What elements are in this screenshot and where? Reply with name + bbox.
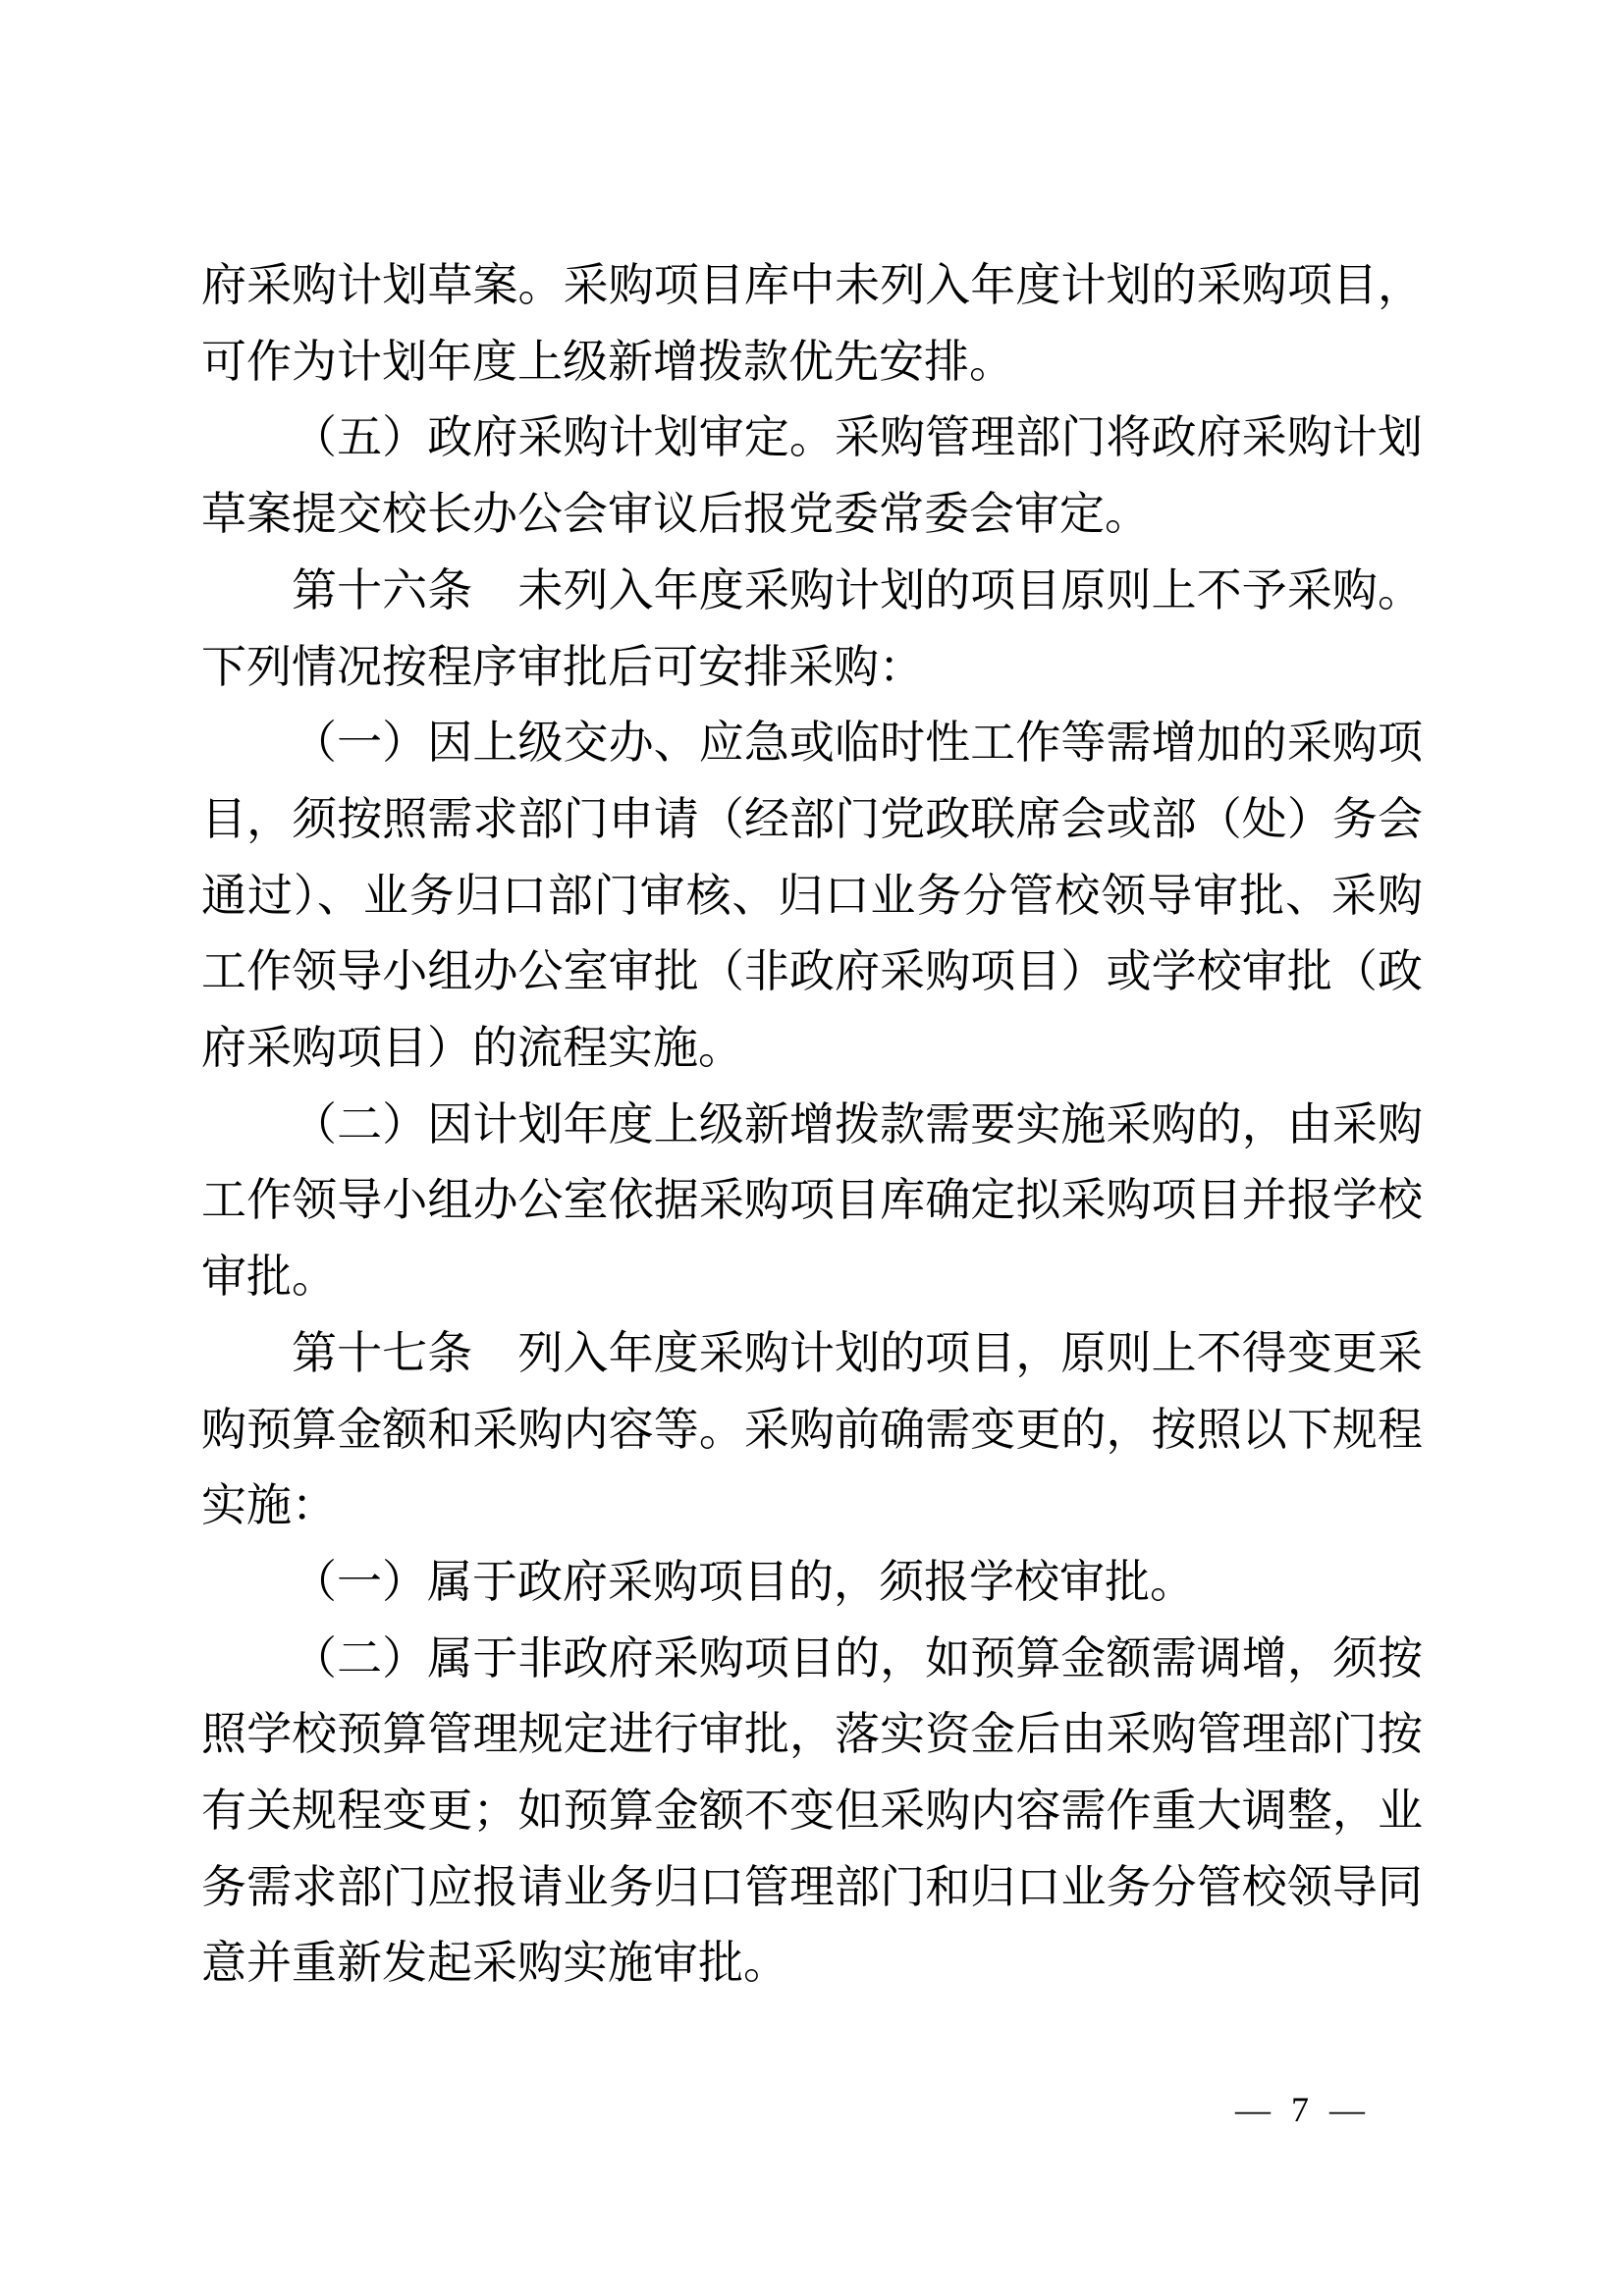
page-number: — 7 — [1235,2089,1371,2130]
paragraph: （一）因上级交办、应急或临时性工作等需增加的采购项目，须按照需求部门申请（经部门… [201,705,1423,1087]
document-body: 府采购计划草案。采购项目库中未列入年度计划的采购项目，可作为计划年度上级新增拨款… [201,247,1423,2002]
paragraph: （五）政府采购计划审定。采购管理部门将政府采购计划草案提交校长办公会审议后报党委… [201,400,1423,552]
paragraph: 第十六条 未列入年度采购计划的项目原则上不予采购。下列情况按程序审批后可安排采购… [201,553,1423,705]
paragraph: 府采购计划草案。采购项目库中未列入年度计划的采购项目，可作为计划年度上级新增拨款… [201,247,1423,400]
paragraph: 第十七条 列入年度采购计划的项目，原则上不得变更采购预算金额和采购内容等。采购前… [201,1315,1423,1544]
document-page: 府采购计划草案。采购项目库中未列入年度计划的采购项目，可作为计划年度上级新增拨款… [0,0,1624,2296]
paragraph: （一）属于政府采购项目的，须报学校审批。 [201,1544,1423,1621]
paragraph: （二）因计划年度上级新增拨款需要实施采购的，由采购工作领导小组办公室依据采购项目… [201,1087,1423,1315]
paragraph: （二）属于非政府采购项目的，如预算金额需调增，须按照学校预算管理规定进行审批，落… [201,1621,1423,2002]
